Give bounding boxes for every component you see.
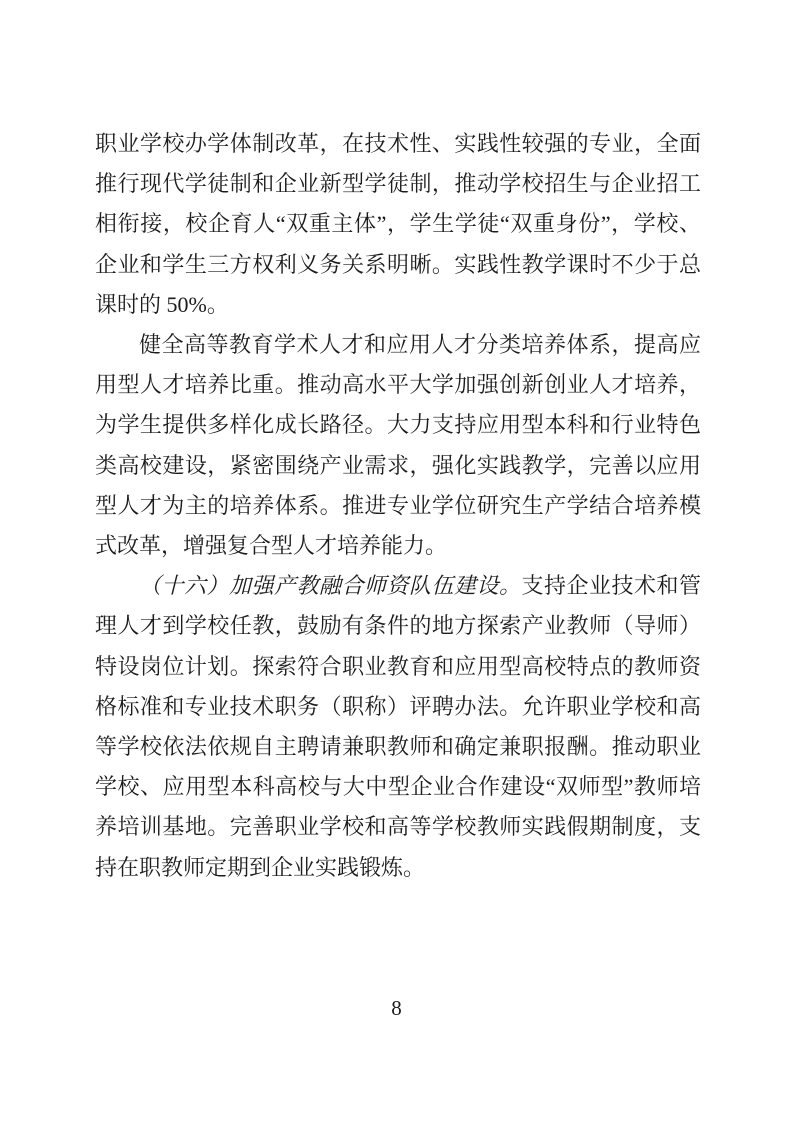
- document-body: 职业学校办学体制改革，在技术性、实践性较强的专业，全面推行现代学徒制和企业新型学…: [95, 124, 701, 888]
- page-number: 8: [0, 993, 793, 1023]
- section-16-heading: （十六）加强产教融合师资队伍建设。: [139, 573, 521, 598]
- section-16-body-text: 支持企业技术和管理人才到学校任教，鼓励有条件的地方探索产业教师（导师）特设岗位计…: [95, 573, 701, 879]
- paragraph-continuation: 职业学校办学体制改革，在技术性、实践性较强的专业，全面推行现代学徒制和企业新型学…: [95, 124, 701, 325]
- paragraph-section-16: （十六）加强产教融合师资队伍建设。支持企业技术和管理人才到学校任教，鼓励有条件的…: [95, 566, 701, 888]
- document-page: 职业学校办学体制改革，在技术性、实践性较强的专业，全面推行现代学徒制和企业新型学…: [0, 0, 793, 1122]
- paragraph-higher-education: 健全高等教育学术人才和应用人才分类培养体系，提高应用型人才培养比重。推动高水平大…: [95, 325, 701, 566]
